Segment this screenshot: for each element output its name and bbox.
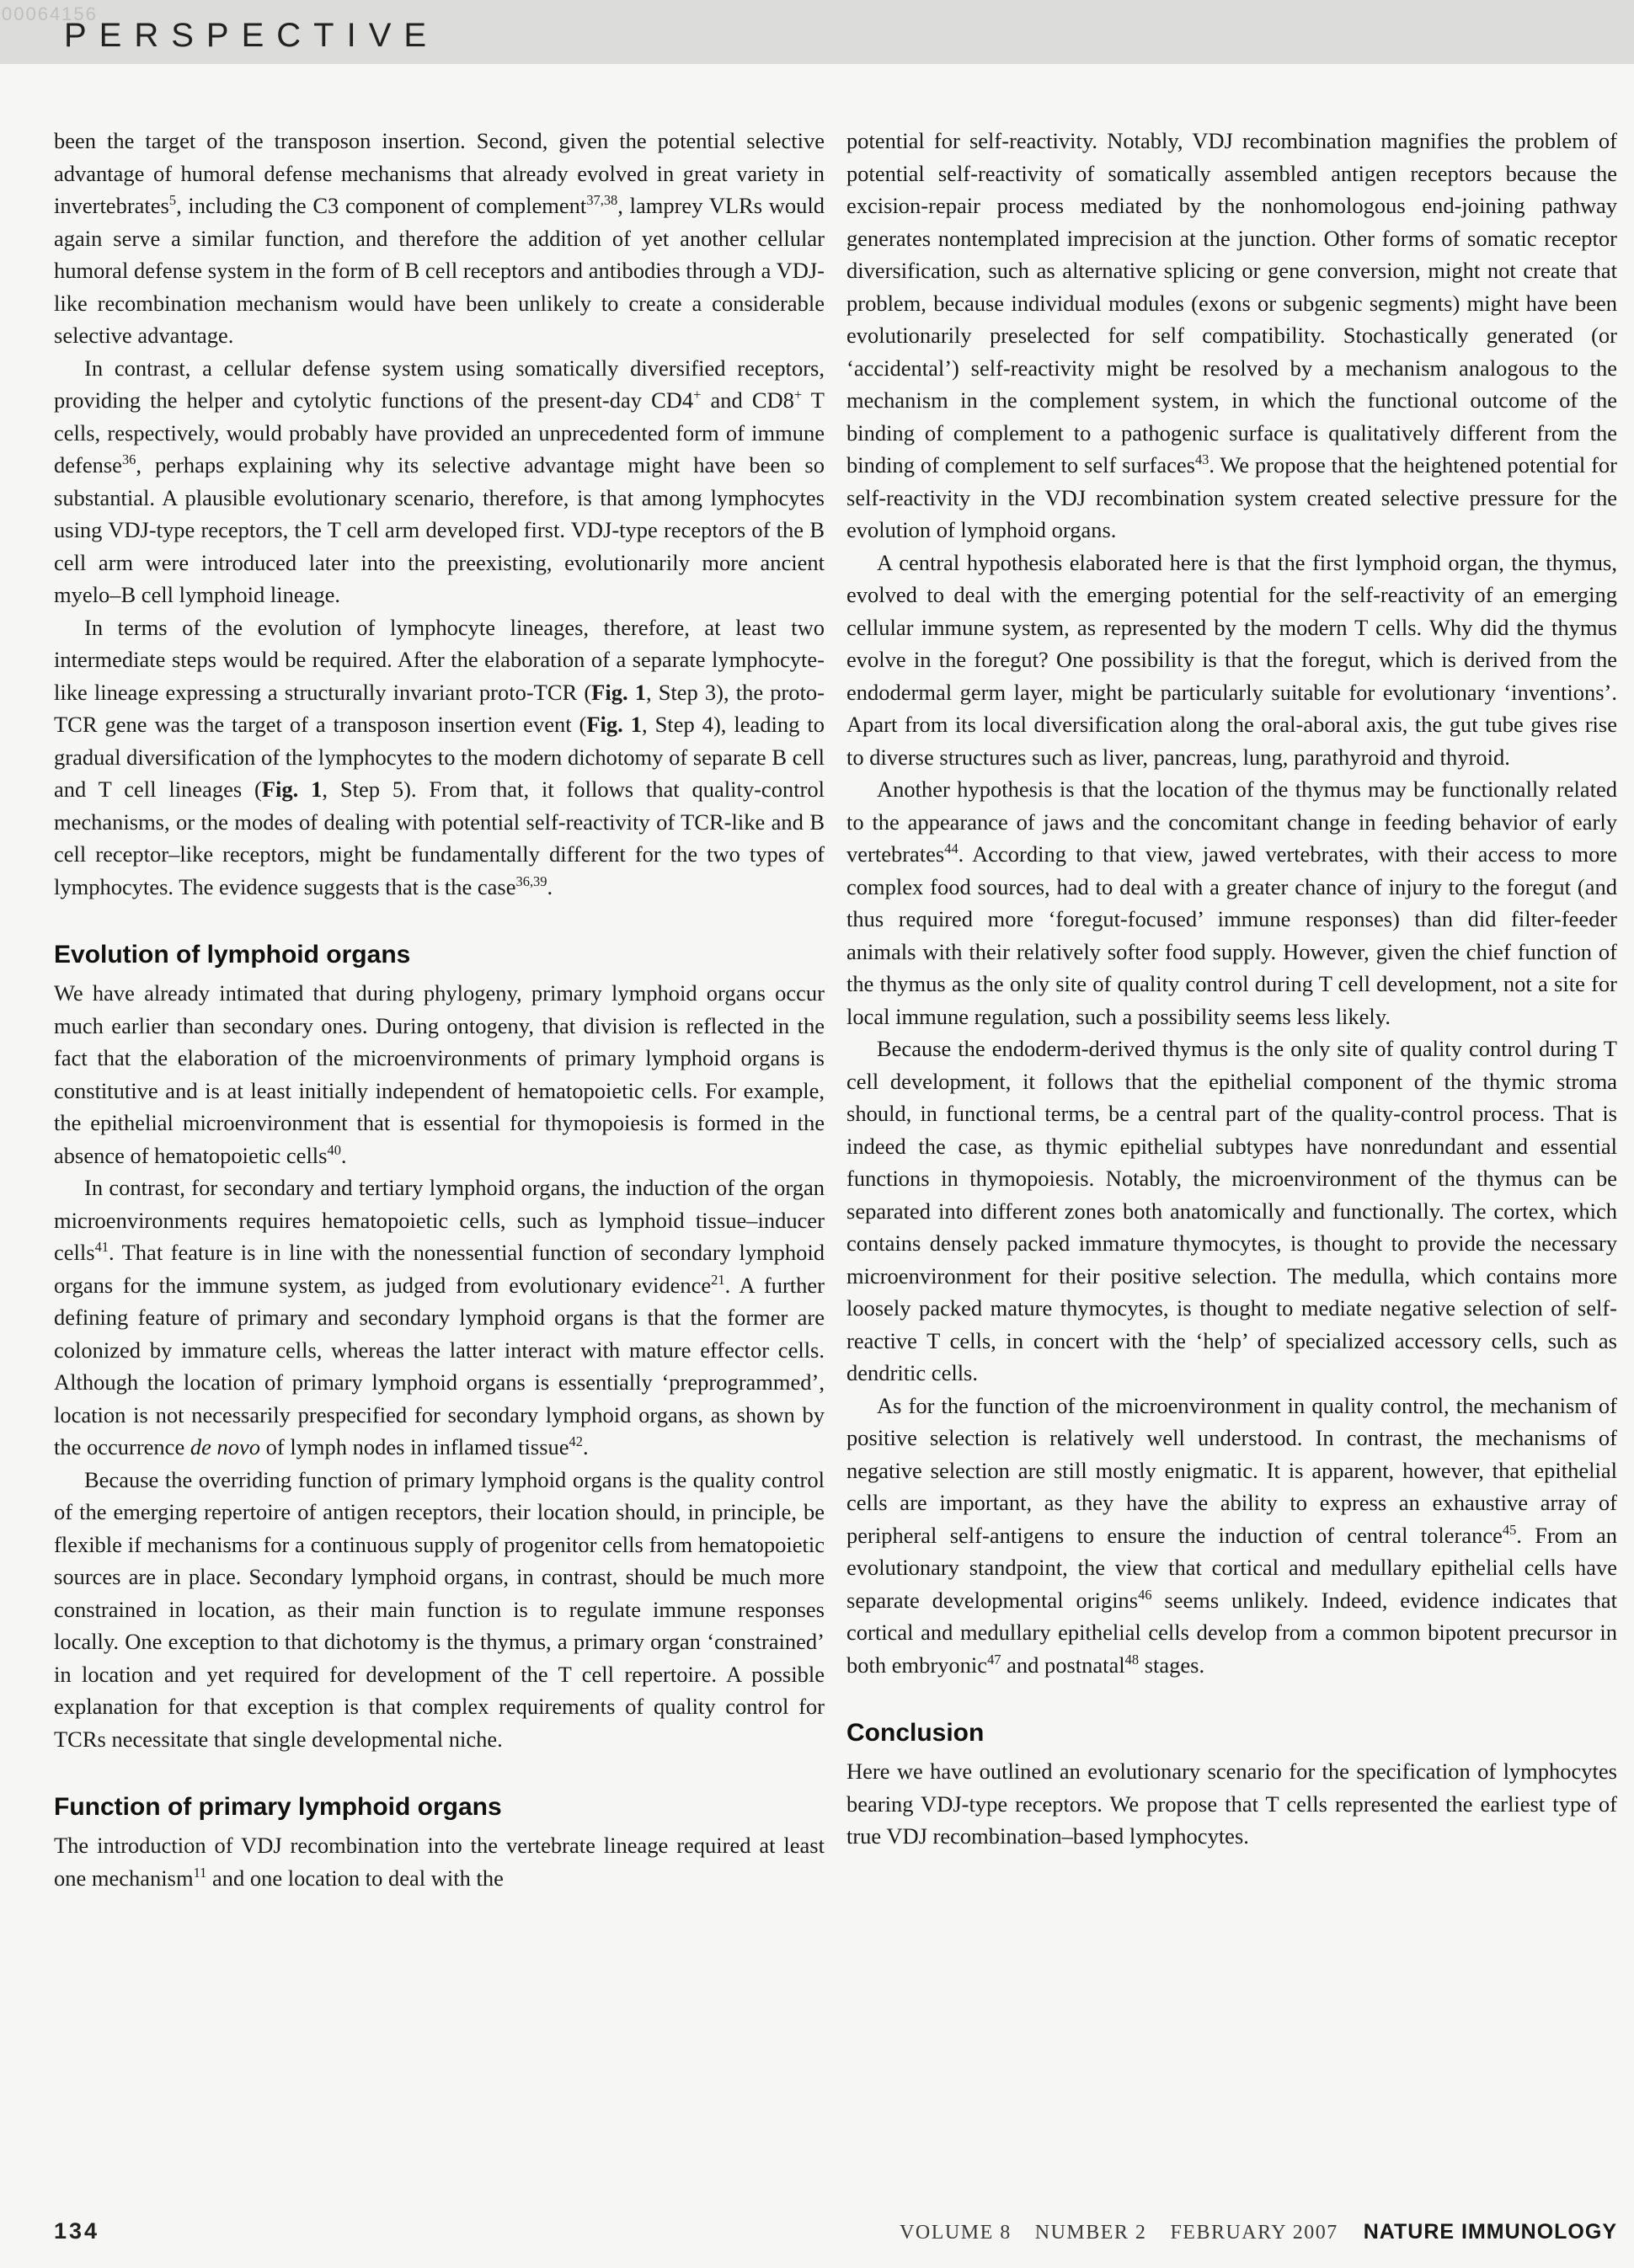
paragraph: A central hypothesis elaborated here is … (846, 547, 1617, 774)
text-run: Here we have outlined an evolutionary sc… (846, 1758, 1617, 1849)
section-heading: Function of primary lymphoid organs (54, 1792, 825, 1822)
text-run: and CD8 (701, 387, 794, 413)
figure-reference: Fig. 1 (586, 712, 642, 737)
column-left: been the target of the transposon insert… (54, 125, 825, 2188)
figure-reference: Fig. 1 (262, 776, 323, 802)
figure-reference: Fig. 1 (591, 680, 646, 705)
reference-superscript: 41 (95, 1239, 109, 1255)
paragraph: We have already intimated that during ph… (54, 977, 825, 1171)
text-run: . (341, 1143, 347, 1168)
text-run: A central hypothesis elaborated here is … (846, 550, 1617, 770)
reference-superscript: 36,39 (516, 873, 547, 889)
reference-superscript: 11 (194, 1865, 207, 1881)
footer-number: NUMBER 2 (1035, 2222, 1147, 2244)
paragraph: Another hypothesis is that the location … (846, 773, 1617, 1033)
reference-superscript: 21 (711, 1272, 724, 1288)
section-heading: Evolution of lymphoid organs (54, 940, 825, 970)
paragraph: Because the overriding function of prima… (54, 1464, 825, 1756)
paragraph: Here we have outlined an evolutionary sc… (846, 1755, 1617, 1853)
text-run: , perhaps explaining why its selective a… (54, 452, 825, 607)
text-run: . According to that view, jawed vertebra… (846, 841, 1617, 1029)
text-run: . (547, 874, 553, 899)
text-run: , including the C3 component of compleme… (176, 193, 586, 218)
text-run: Because the endoderm-derived thymus is t… (846, 1036, 1617, 1385)
section-heading: Conclusion (846, 1718, 1617, 1748)
paragraph: As for the function of the microenvironm… (846, 1390, 1617, 1682)
reference-superscript: 5 (169, 192, 176, 208)
text-run: Because the overriding function of prima… (54, 1467, 825, 1752)
reference-superscript: 42 (569, 1433, 583, 1449)
text-run: . A further defining feature of primary … (54, 1273, 825, 1460)
reference-superscript: + (794, 387, 802, 403)
paragraph: In contrast, for secondary and tertiary … (54, 1171, 825, 1464)
paragraph: potential for self-reactivity. Notably, … (846, 125, 1617, 547)
perspective-banner: 00064156 PERSPECTIVE (0, 0, 1634, 64)
text-run: of lymph nodes in inflamed tissue (260, 1434, 569, 1460)
paragraph: been the target of the transposon insert… (54, 125, 825, 352)
paragraph: Because the endoderm-derived thymus is t… (846, 1033, 1617, 1390)
reference-superscript: 46 (1138, 1587, 1151, 1603)
text-run: stages. (1139, 1652, 1204, 1678)
italic-term: de novo (190, 1434, 260, 1460)
column-right: potential for self-reactivity. Notably, … (846, 125, 1617, 2188)
footer-volume: VOLUME 8 (900, 2222, 1012, 2244)
journal-name: NATURE IMMUNOLOGY (1364, 2220, 1617, 2244)
reference-superscript: 47 (987, 1652, 1001, 1668)
banner-label: PERSPECTIVE (64, 17, 439, 55)
text-run: We have already intimated that during ph… (54, 980, 825, 1168)
text-run: and postnatal (1001, 1652, 1124, 1678)
reference-superscript: 45 (1503, 1522, 1516, 1538)
text-run: potential for self-reactivity. Notably, … (846, 128, 1617, 478)
reference-superscript: 48 (1125, 1652, 1139, 1668)
text-run: . (583, 1434, 589, 1460)
text-run: As for the function of the microenvironm… (846, 1393, 1617, 1548)
page-number: 134 (54, 2218, 99, 2244)
reference-superscript: 44 (944, 840, 958, 857)
reference-superscript: 37,38 (586, 192, 617, 208)
text-run: and one location to deal with the (206, 1865, 504, 1891)
paragraph: In contrast, a cellular defense system u… (54, 352, 825, 611)
paragraph: The introduction of VDJ recombination in… (54, 1829, 825, 1894)
text-run: . That feature is in line with the nones… (54, 1240, 825, 1298)
footer-date: FEBRUARY 2007 (1170, 2222, 1338, 2244)
reference-superscript: 43 (1195, 451, 1209, 467)
paragraph: In terms of the evolution of lymphocyte … (54, 611, 825, 904)
page-footer: 134 VOLUME 8 NUMBER 2 FEBRUARY 2007 NATU… (54, 2218, 1617, 2244)
reference-superscript: 36 (122, 451, 136, 467)
footer-issue-line: VOLUME 8 NUMBER 2 FEBRUARY 2007 NATURE I… (876, 2220, 1617, 2244)
article-body: been the target of the transposon insert… (54, 125, 1617, 2188)
reference-superscript: 40 (327, 1142, 340, 1158)
